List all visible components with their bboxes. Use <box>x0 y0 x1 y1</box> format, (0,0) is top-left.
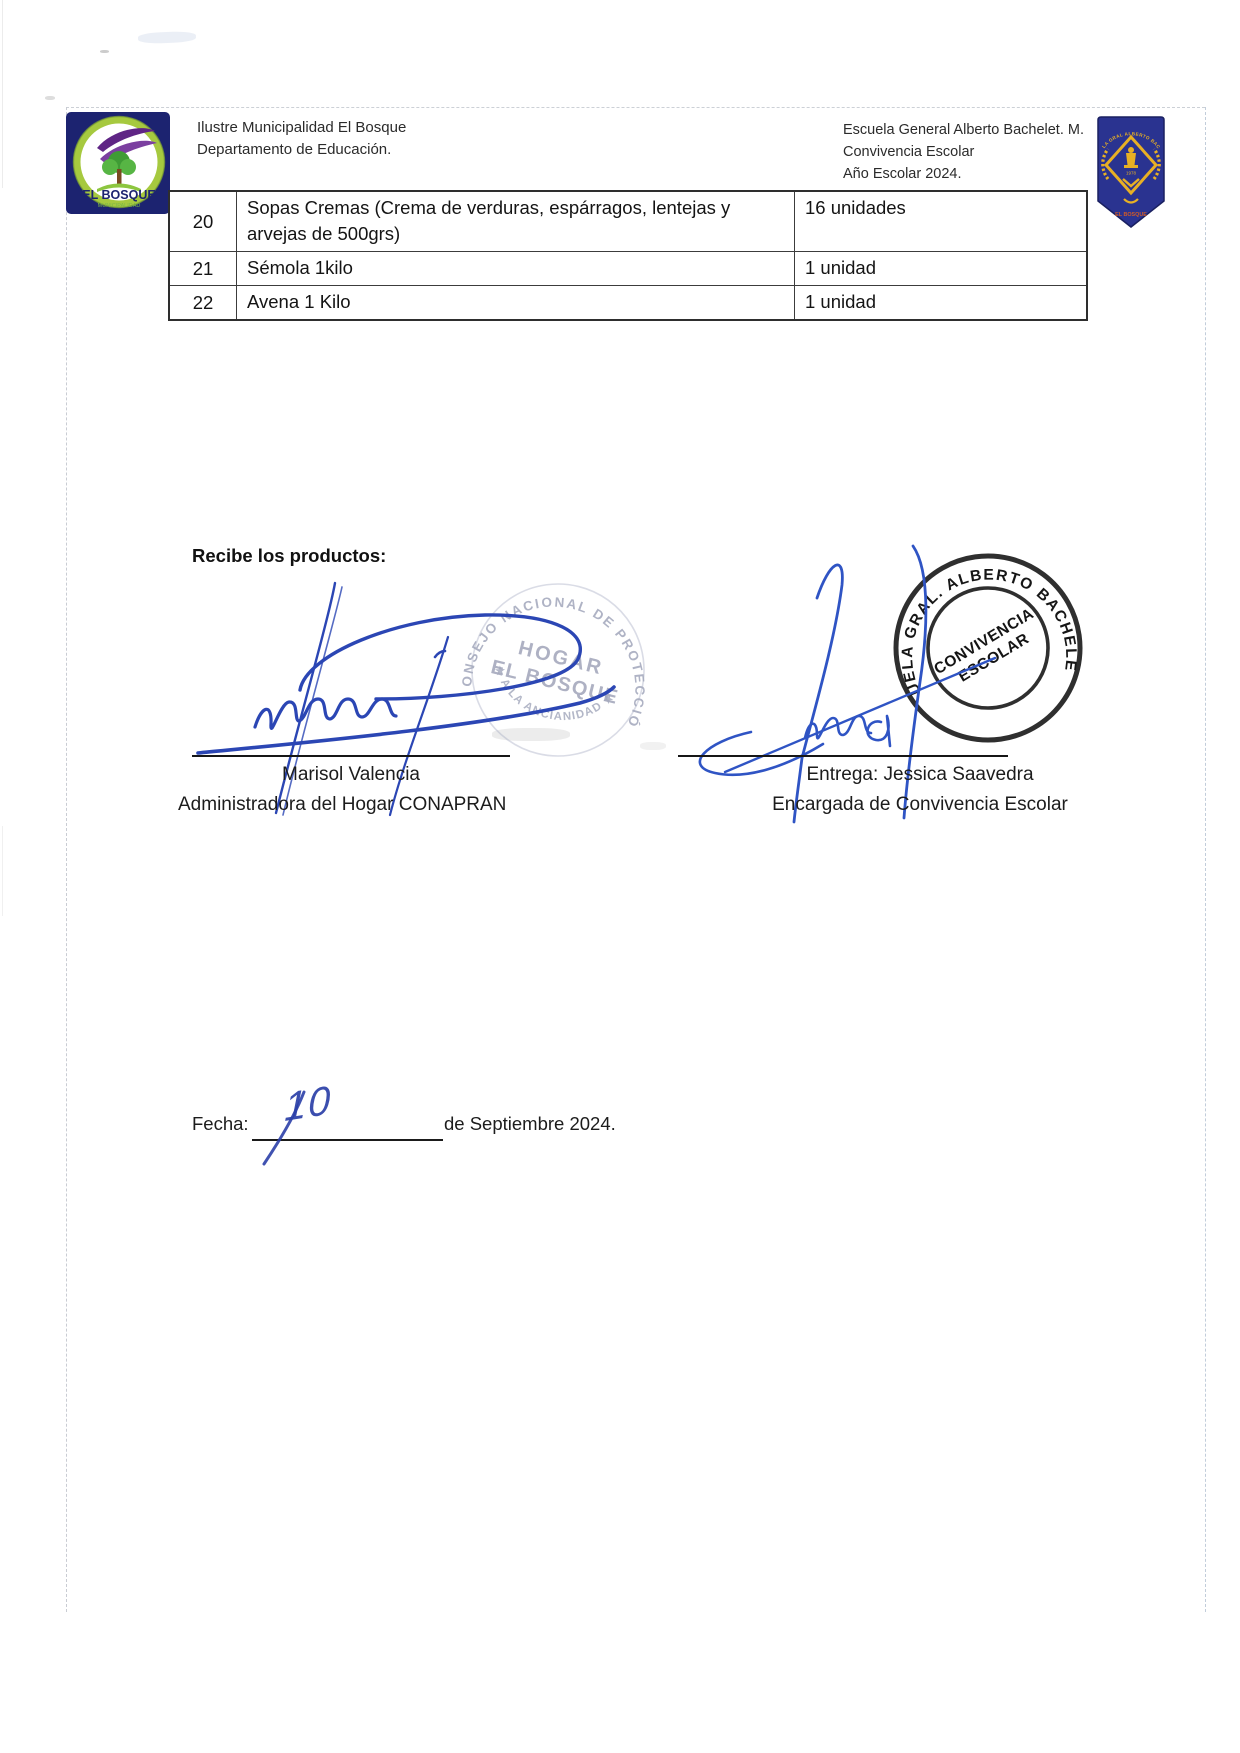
scan-edge-line <box>2 0 3 188</box>
municipality-line1: Ilustre Municipalidad El Bosque <box>197 117 406 139</box>
school-crest-icon: ESCUELA GRAL ALBERTO BACHELET 1978 EL BO… <box>1093 113 1169 231</box>
scan-smudge <box>640 742 666 750</box>
row-quantity: 1 unidad <box>795 286 1086 319</box>
scan-border-right <box>1205 107 1206 1612</box>
crest-footer-text: EL BOSQUE <box>1115 212 1147 218</box>
school-line1: Escuela General Alberto Bachelet. M. <box>843 119 1084 141</box>
row-description: Sémola 1kilo <box>237 252 795 285</box>
row-description: Avena 1 Kilo <box>237 286 795 319</box>
svg-text:1978: 1978 <box>1126 171 1137 176</box>
municipality-logo-icon: EL BOSQUE MUNICIPALIDAD <box>66 112 170 214</box>
table-row: 20 Sopas Cremas (Crema de verduras, espá… <box>170 192 1086 251</box>
municipality-line2: Departamento de Educación. <box>197 139 406 161</box>
left-signature-line <box>192 755 510 757</box>
handwritten-date-day: 10 <box>284 1078 333 1131</box>
row-number: 20 <box>170 192 237 251</box>
left-signatory-name: Marisol Valencia <box>192 764 510 786</box>
receive-products-heading: Recibe los productos: <box>192 545 386 567</box>
stamp-arc-top-text: CONSEJO NACIONAL DE PROTECCIÓN <box>450 554 675 731</box>
logo-title: EL BOSQUE <box>82 188 155 202</box>
school-crest: ESCUELA GRAL ALBERTO BACHELET 1978 EL BO… <box>1093 113 1169 231</box>
svg-text:CONSEJO NACIONAL DE PROTECCIÓN: CONSEJO NACIONAL DE PROTECCIÓN <box>450 554 675 731</box>
school-stamp: ESCUELA GRAL. ALBERTO BACHELET M. CONVIV… <box>875 535 1101 761</box>
scan-smudge <box>45 96 55 100</box>
header-school: Escuela General Alberto Bachelet. M. Con… <box>843 119 1084 185</box>
right-signature-line <box>678 755 1008 757</box>
items-table: 20 Sopas Cremas (Crema de verduras, espá… <box>168 190 1088 321</box>
header-municipality: Ilustre Municipalidad El Bosque Departam… <box>197 117 406 161</box>
row-description: Sopas Cremas (Crema de verduras, espárra… <box>237 192 795 251</box>
row-number: 21 <box>170 252 237 285</box>
scan-smudge <box>138 31 196 44</box>
scan-edge-line <box>2 826 3 916</box>
left-signatory-role: Administradora del Hogar CONAPRAN <box>178 794 598 816</box>
date-label: Fecha: <box>192 1113 249 1135</box>
right-signatory-name: Entrega: Jessica Saavedra <box>710 764 1130 786</box>
row-quantity: 1 unidad <box>795 252 1086 285</box>
school-line3: Año Escolar 2024. <box>843 163 1084 185</box>
date-underline <box>252 1117 443 1141</box>
row-number: 22 <box>170 286 237 319</box>
scan-border-left <box>66 107 67 1612</box>
scan-border-top <box>66 107 1205 108</box>
row-quantity: 16 unidades <box>795 192 1086 251</box>
date-suffix: de Septiembre 2024. <box>444 1113 616 1135</box>
right-signatory-role: Encargada de Convivencia Escolar <box>710 794 1130 816</box>
logo-subtitle: MUNICIPALIDAD <box>98 203 141 209</box>
table-row: 22 Avena 1 Kilo 1 unidad <box>170 285 1086 319</box>
scan-smudge <box>100 50 109 53</box>
school-line2: Convivencia Escolar <box>843 141 1084 163</box>
table-row: 21 Sémola 1kilo 1 unidad <box>170 251 1086 285</box>
municipality-logo: EL BOSQUE MUNICIPALIDAD <box>66 112 170 214</box>
conapran-stamp: CONSEJO NACIONAL DE PROTECCIÓN ★ A LA AN… <box>442 554 675 787</box>
